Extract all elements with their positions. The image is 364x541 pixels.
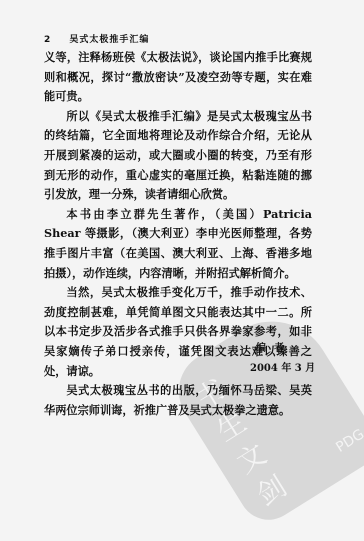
page-header: 2 吴式太极推手汇编 [44,32,149,45]
paragraph: 本书由李立群先生著作，（美国）Patricia Shear 等摄影，（澳大利亚）… [44,205,312,283]
paragraph: 吴式太极瑰宝丛书的出版，乃缅怀马岳梁、吴英华两位宗师训诲，祈推广普及吴式太极拳之… [44,381,312,420]
paragraph: 义等，注释杨班侯《太极法说》，谈论国内推手比赛规则和概况，探讨“撒放密诀”及凌空… [44,48,312,107]
signature-block: 编者 2004 年 3 月 [250,339,315,379]
signature-date: 2004 年 3 月 [250,359,315,379]
running-title: 吴式太极推手汇编 [69,35,149,45]
paragraph: 所以《吴式太极推手汇编》是吴式太极瑰宝丛书的终结篇，它全面地将理论及动作综合介绍… [44,107,312,205]
signature-author: 编者 [250,339,315,359]
page-number: 2 [44,35,51,45]
